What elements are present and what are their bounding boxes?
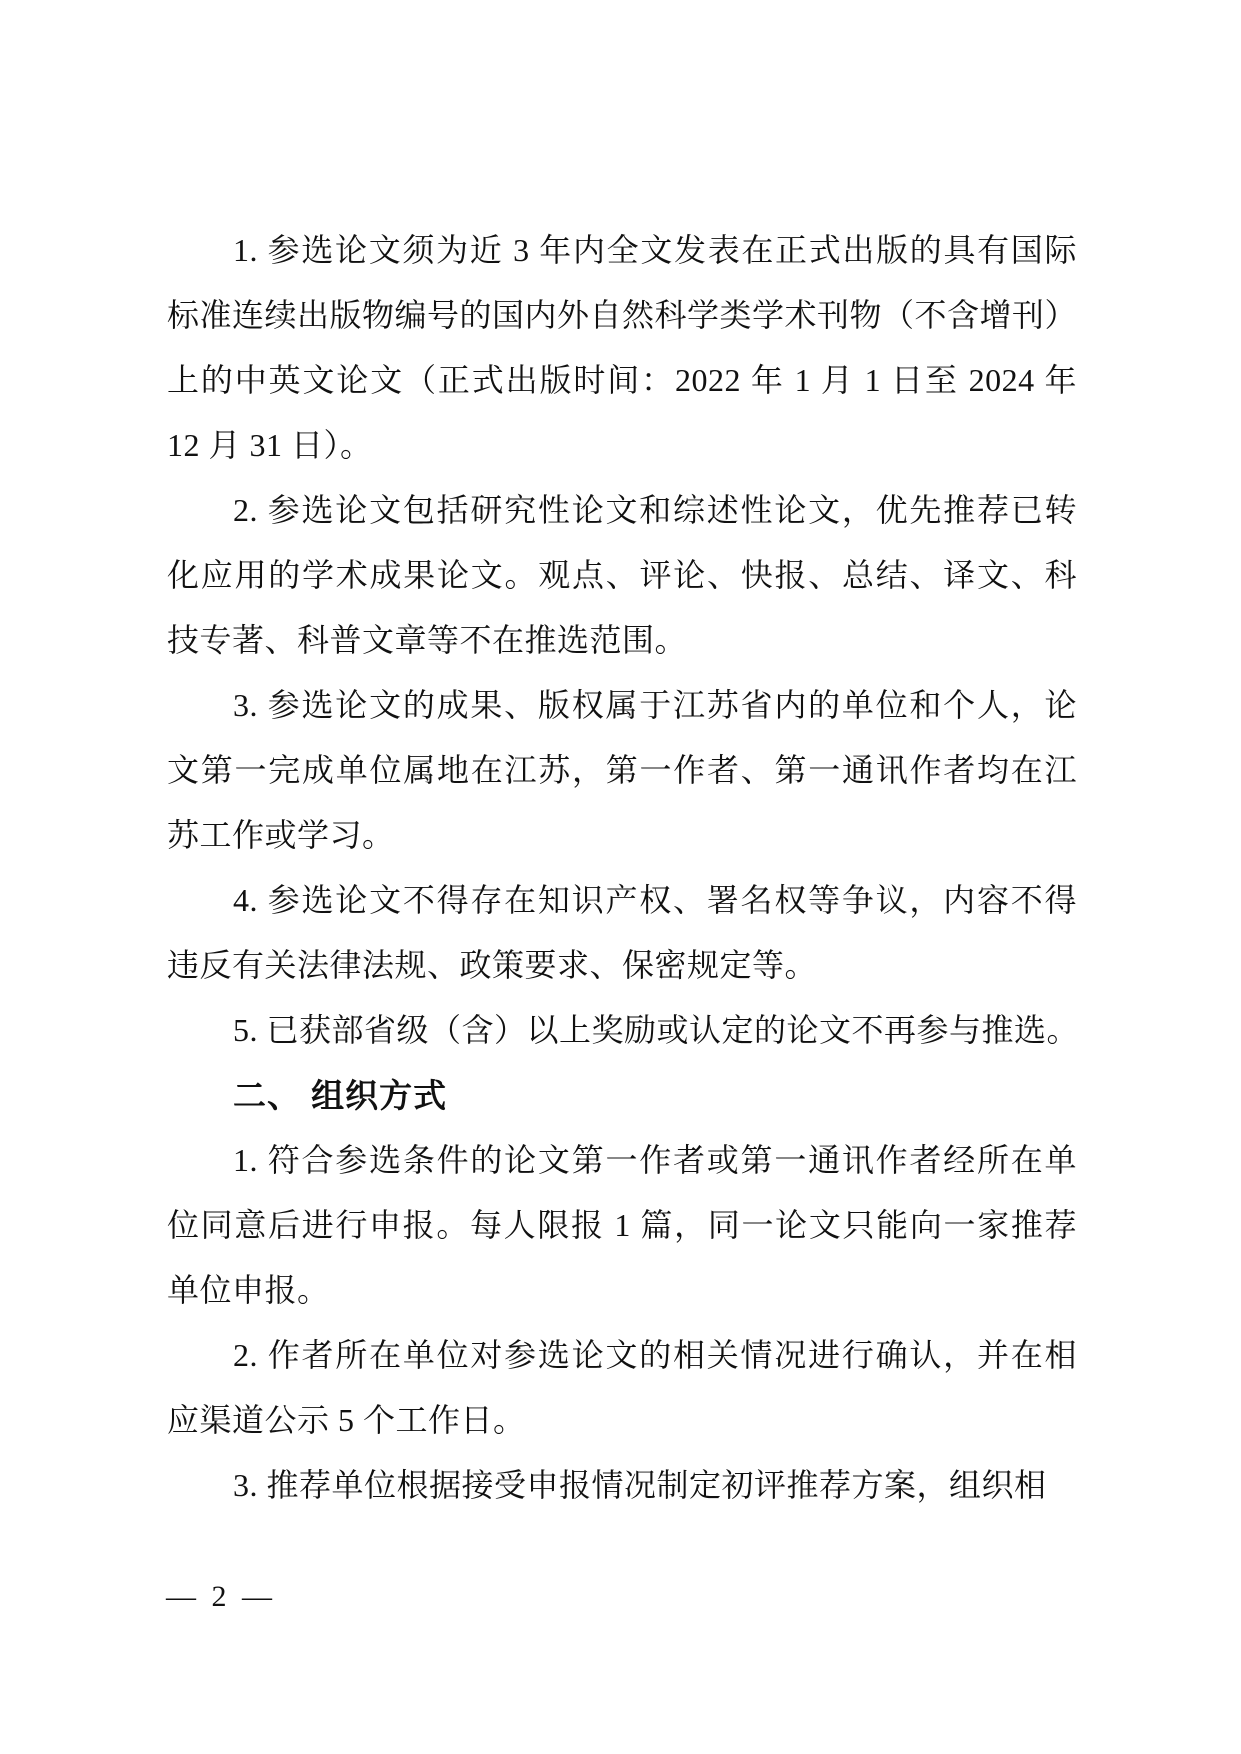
text-line: 2. 作者所在单位对参选论文的相关情况进行确认，并在相 xyxy=(167,1323,1077,1388)
text-line: 技专著、科普文章等不在推选范围。 xyxy=(167,608,1077,673)
text-line: 位同意后进行申报。每人限报 1 篇，同一论文只能向一家推荐 xyxy=(167,1193,1077,1258)
document-page: 1. 参选论文须为近 3 年内全文发表在正式出版的具有国际标准连续出版物编号的国… xyxy=(0,0,1241,1754)
text-line: 上的中英文论文（正式出版时间：2022 年 1 月 1 日至 2024 年 xyxy=(167,348,1077,413)
text-line: 标准连续出版物编号的国内外自然科学类学术刊物（不含增刊） xyxy=(167,283,1077,348)
section-heading: 二、 组织方式 xyxy=(167,1063,1077,1128)
text-line: 2. 参选论文包括研究性论文和综述性论文，优先推荐已转 xyxy=(167,478,1077,543)
text-line: 3. 推荐单位根据接受申报情况制定初评推荐方案，组织相 xyxy=(167,1453,1077,1518)
text-line: 文第一完成单位属地在江苏，第一作者、第一通讯作者均在江 xyxy=(167,738,1077,803)
text-line: 应渠道公示 5 个工作日。 xyxy=(167,1388,1077,1453)
page-number: — 2 — xyxy=(166,1564,276,1629)
text-line: 单位申报。 xyxy=(167,1258,1077,1323)
text-line: 4. 参选论文不得存在知识产权、署名权等争议，内容不得 xyxy=(167,868,1077,933)
document-body: 1. 参选论文须为近 3 年内全文发表在正式出版的具有国际标准连续出版物编号的国… xyxy=(167,218,1077,1518)
text-line: 12 月 31 日）。 xyxy=(167,413,1077,478)
text-line: 违反有关法律法规、政策要求、保密规定等。 xyxy=(167,933,1077,998)
text-line: 3. 参选论文的成果、版权属于江苏省内的单位和个人，论 xyxy=(167,673,1077,738)
text-line: 1. 参选论文须为近 3 年内全文发表在正式出版的具有国际 xyxy=(167,218,1077,283)
text-line: 5. 已获部省级（含）以上奖励或认定的论文不再参与推选。 xyxy=(167,998,1077,1063)
text-line: 1. 符合参选条件的论文第一作者或第一通讯作者经所在单 xyxy=(167,1128,1077,1193)
text-line: 苏工作或学习。 xyxy=(167,803,1077,868)
text-line: 化应用的学术成果论文。观点、评论、快报、总结、译文、科 xyxy=(167,543,1077,608)
